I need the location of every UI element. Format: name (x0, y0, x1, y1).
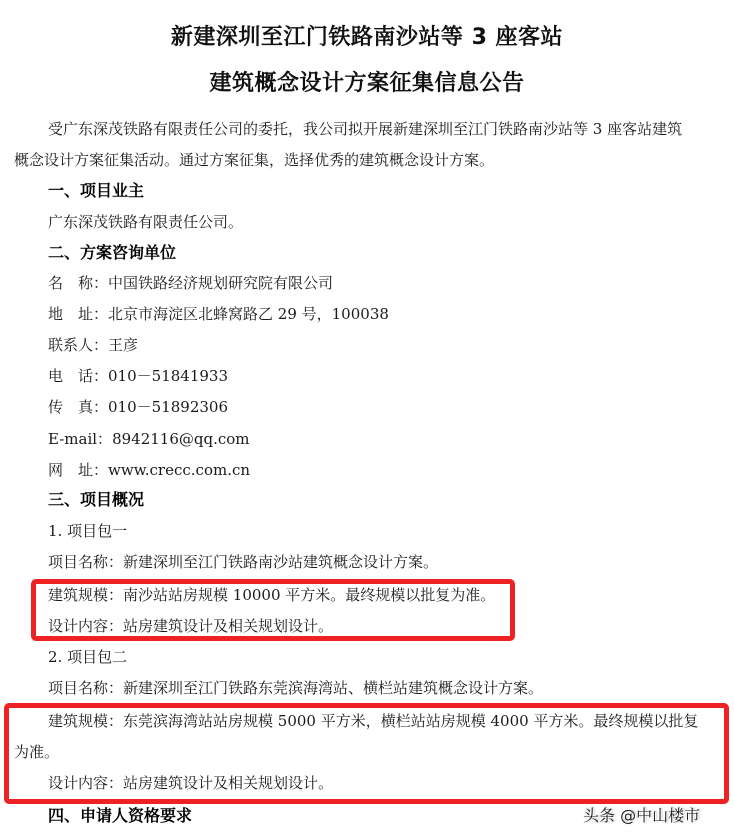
field-label: 联系人： (48, 335, 108, 355)
section2-heading: 二、方案咨询单位 (48, 243, 176, 263)
field-value: 王彦 (108, 336, 138, 354)
field-label: 地 址： (48, 304, 108, 324)
package1-heading: 1. 项目包一 (48, 521, 127, 541)
watermark: 头条 @中山楼市 (583, 803, 700, 826)
section3-heading: 三、项目概况 (48, 490, 144, 510)
package2-name: 项目名称：新建深圳至江门铁路东莞滨海湾站、横栏站建筑概念设计方案。 (48, 678, 543, 698)
field-value[interactable]: www.crecc.com.cn (108, 461, 250, 479)
field-email: E-mail：8942116@qq.com (48, 429, 250, 449)
field-label: 传 真： (48, 397, 108, 417)
package2-heading: 2. 项目包二 (48, 647, 127, 667)
field-fax: 传 真：010－51892306 (48, 397, 228, 417)
field-address: 地 址：北京市海淀区北蜂窝路乙 29 号，100038 (48, 304, 389, 324)
field-label: 电 话： (48, 366, 108, 386)
intro-paragraph-line2: 概念设计方案征集活动。通过方案征集，选择优秀的建筑概念设计方案。 (14, 150, 494, 170)
highlight-box-package1 (31, 579, 515, 641)
field-value: 中国铁路经济规划研究院有限公司 (108, 274, 333, 292)
field-value: 北京市海淀区北蜂窝路乙 29 号，100038 (108, 305, 389, 323)
field-label: 网 址： (48, 460, 108, 480)
field-website: 网 址：www.crecc.com.cn (48, 460, 250, 480)
field-label: E-mail： (48, 429, 112, 449)
highlight-box-package2 (4, 703, 729, 804)
field-value: 010－51892306 (108, 398, 228, 416)
document-title-line1: 新建深圳至江门铁路南沙站等 3 座客站 (0, 20, 734, 51)
field-label: 名 称： (48, 273, 108, 293)
field-value: 010－51841933 (108, 367, 228, 385)
section4-heading: 四、申请人资格要求 (48, 806, 192, 826)
document-title-line2: 建筑概念设计方案征集信息公告 (0, 66, 734, 97)
section1-body: 广东深茂铁路有限责任公司。 (48, 212, 243, 232)
field-value[interactable]: 8942116@qq.com (112, 430, 249, 448)
package1-name: 项目名称：新建深圳至江门铁路南沙站建筑概念设计方案。 (48, 552, 438, 572)
section1-heading: 一、项目业主 (48, 181, 144, 201)
field-contact: 联系人：王彦 (48, 335, 138, 355)
field-phone: 电 话：010－51841933 (48, 366, 228, 386)
intro-paragraph-line1: 受广东深茂铁路有限责任公司的委托，我公司拟开展新建深圳至江门铁路南沙站等 3 座… (48, 119, 682, 139)
field-name: 名 称：中国铁路经济规划研究院有限公司 (48, 273, 333, 293)
